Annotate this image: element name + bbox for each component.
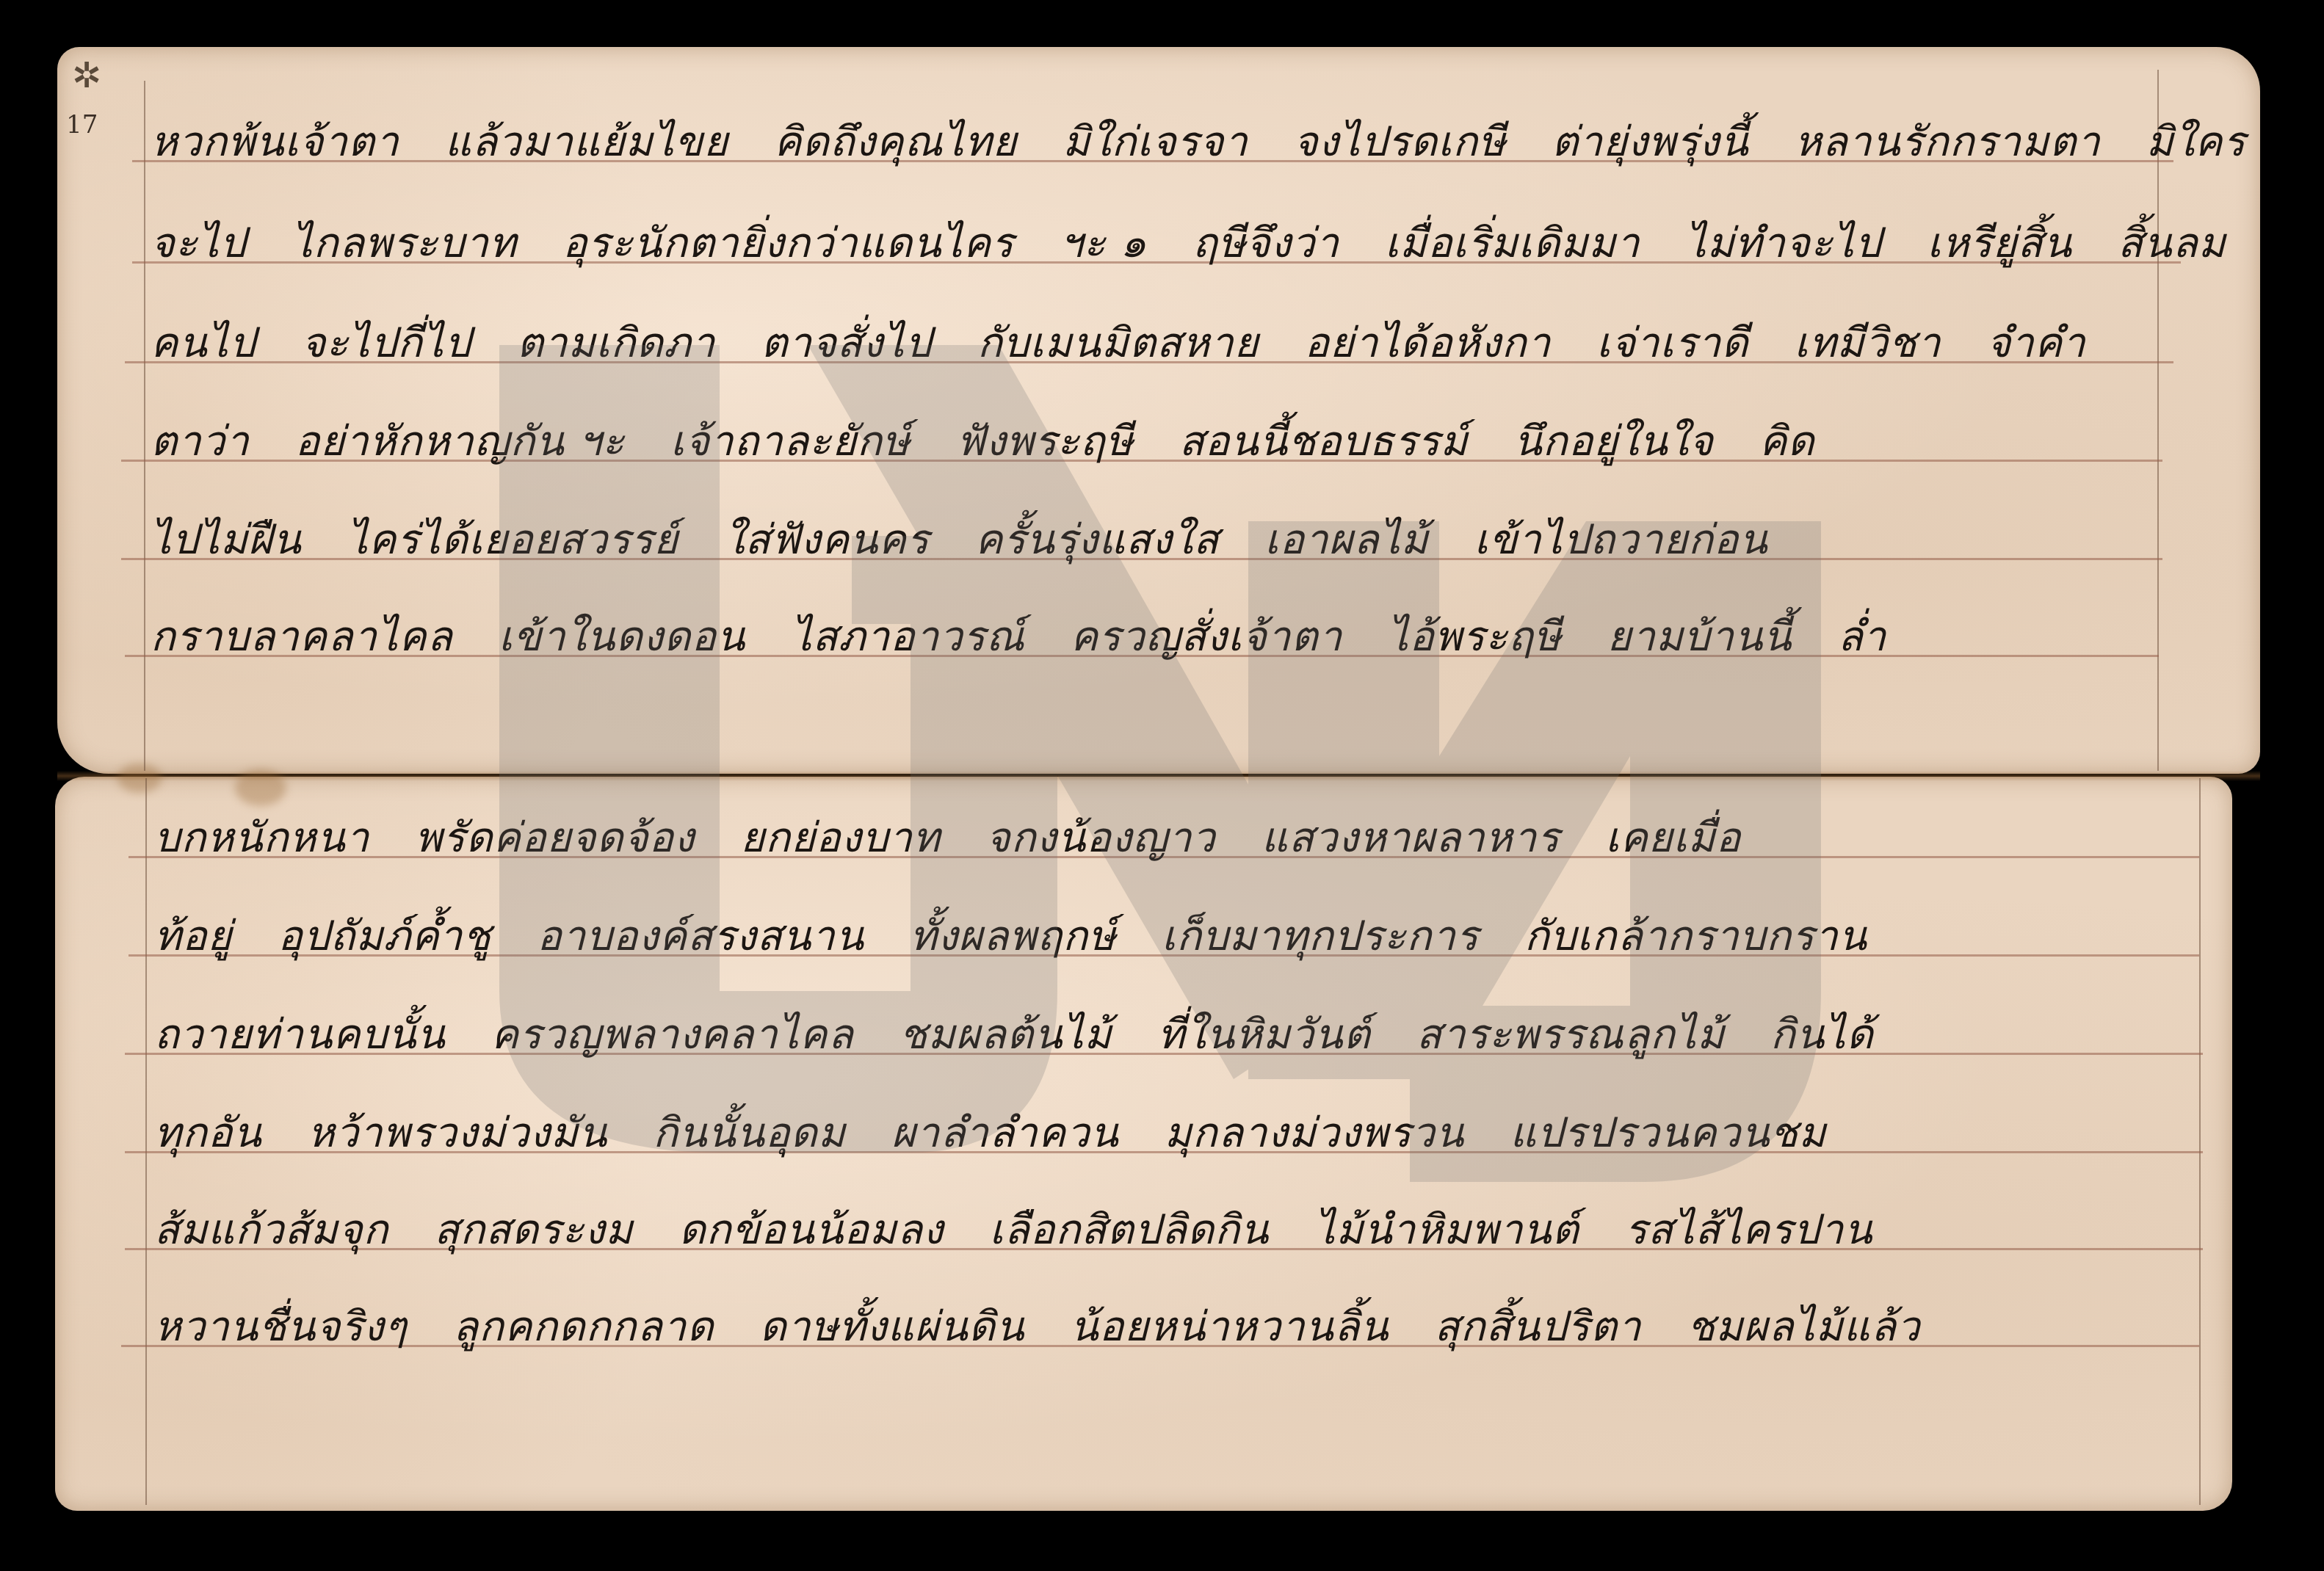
verse-phrase: ท้อยู่ xyxy=(154,916,232,957)
verse-phrase: ครวญสั่งเจ้าตา xyxy=(1071,617,1342,658)
verse-phrase: หว้าพรวงม่วงมัน xyxy=(308,1113,607,1154)
ornament-icon: ✲ xyxy=(72,55,101,96)
manuscript-line: ไปไม่ฝืนไคร่ได้เยอยสวรรย์ใส่ฟังคนครครั้น… xyxy=(151,520,1814,561)
page-number: 17 xyxy=(66,110,98,139)
verse-phrase: อุระนักตายิ่งกว่าแดนไคร xyxy=(562,223,1014,264)
verse-phrase: ฯะ ๑ xyxy=(1060,223,1147,264)
verse-phrase: ดาษทั้งแผ่นดิน xyxy=(760,1307,1025,1348)
verse-phrase: เหรียู่สิ้น xyxy=(1927,223,2072,264)
verse-phrase: มุกลางม่วงพรวน xyxy=(1165,1113,1464,1154)
verse-phrase: ไปไม่ฝืน xyxy=(151,520,302,561)
verse-phrase: อย่าได้อหังกา xyxy=(1304,323,1551,364)
manuscript-line: หวกพ้นเจ้าตาแล้วมาแย้มไขยคิดถึงคุณไทยมิใ… xyxy=(151,122,2292,163)
verse-phrase: จกงน้องญาว xyxy=(986,818,1216,859)
manuscript-line: ส้มแก้วส้มจุกสุกสดระงมดกข้อนน้อมลงเลือกส… xyxy=(154,1210,1919,1251)
verse-phrase: มิใคร xyxy=(2146,122,2246,163)
water-stain xyxy=(117,763,162,793)
verse-phrase: แล้วมาแย้มไขย xyxy=(445,122,728,163)
verse-phrase: เข้าไปถวายก่อน xyxy=(1474,520,1768,561)
verse-phrase: ทุกอัน xyxy=(154,1113,262,1154)
verse-phrase: จะไปกี่ไป xyxy=(301,323,471,364)
verse-phrase: เข้าในดงดอน xyxy=(499,617,745,658)
verse-phrase: คิดถึงคุณไทย xyxy=(774,122,1017,163)
verse-phrase: นึกอยู่ในใจ xyxy=(1513,421,1713,462)
verse-phrase: ไกลพระบาท xyxy=(292,223,517,264)
right-margin-rule-bottom xyxy=(2199,778,2201,1505)
manuscript-line: คนไปจะไปกี่ไปตามเกิดภาตาจสั่งไปกับเมนมิต… xyxy=(151,323,2132,364)
manuscript-line: ท้อยู่อุปถัมภ์ค้ำชูอาบองค์สรงสนานทั้งผลพ… xyxy=(154,916,1913,957)
verse-phrase: รสไส้ไครปาน xyxy=(1625,1210,1873,1251)
verse-phrase: ยกย่องบาท xyxy=(740,818,940,859)
verse-phrase: ลูกคกดกกลาด xyxy=(453,1307,714,1348)
verse-phrase: ครวญพลางคลาไคล xyxy=(491,1015,854,1056)
verse-phrase: บกหนักหนา xyxy=(154,818,369,859)
verse-phrase: ตามเกิดภา xyxy=(517,323,716,364)
verse-phrase: ตาว่า xyxy=(151,421,250,462)
manuscript-line: หวานชื่นจริงๆลูกคกดกกลาดดาษทั้งแผ่นดินน้… xyxy=(154,1307,1966,1348)
verse-phrase: ไอ้พระฤษี xyxy=(1388,617,1562,658)
verse-phrase: อย่าหักหาญกัน ฯะ xyxy=(295,421,625,462)
manuscript-line: ตาว่าอย่าหักหาญกัน ฯะเจ้าถาละยักษ์ฟังพระ… xyxy=(151,421,1861,462)
verse-phrase: ต่ายุ่งพรุ่งนี้ xyxy=(1552,122,1749,163)
water-stain xyxy=(235,769,286,806)
verse-phrase: คนไป xyxy=(151,323,256,364)
verse-phrase: ฤษีจึงว่า xyxy=(1192,223,1339,264)
verse-phrase: ครั้นรุ่งแสงใส xyxy=(975,520,1219,561)
right-margin-rule-top xyxy=(2157,70,2159,771)
verse-phrase: ตาจสั่งไป xyxy=(761,323,932,364)
verse-phrase: สุกสิ้นปริตา xyxy=(1434,1307,1641,1348)
verse-phrase: จะไป xyxy=(151,223,247,264)
verse-phrase: จงไปรดเกษี xyxy=(1294,122,1506,163)
manuscript-line: ถวายท่านคบนั้นครวญพลางคลาไคลชมผลต้นไม้ที… xyxy=(154,1015,1919,1056)
manuscript-line: จะไปไกลพระบาทอุระนักตายิ่งกว่าแดนไครฯะ ๑… xyxy=(151,223,2272,264)
verse-phrase: จำคำ xyxy=(1986,323,2085,364)
left-margin-rule-top xyxy=(144,81,145,771)
verse-phrase: คิด xyxy=(1759,421,1815,462)
verse-phrase: เจ่าเราดี xyxy=(1596,323,1748,364)
verse-phrase: น้อยหน่าหวานลิ้น xyxy=(1070,1307,1389,1348)
verse-phrase: ใส่ฟังคนคร xyxy=(724,520,930,561)
verse-phrase: อาบองค์สรงสนาน xyxy=(537,916,864,957)
left-margin-rule-bottom xyxy=(145,778,147,1505)
verse-phrase: มิใก่เจรจา xyxy=(1063,122,1248,163)
manuscript-line: บกหนักหนาพรัดค่อยจดจ้องยกย่องบาทจกงน้องญ… xyxy=(154,818,1787,859)
verse-phrase: สุกสดระงม xyxy=(434,1210,633,1251)
verse-phrase: ยามบ้านนี้ xyxy=(1607,617,1792,658)
verse-phrase: เทมีวิชา xyxy=(1795,323,1941,364)
verse-phrase: เก็บมาทุกประการ xyxy=(1162,916,1479,957)
manuscript-line: กราบลาคลาไคลเข้าในดงดอนไสภาอาวรณ์ครวญสั่… xyxy=(151,617,1932,658)
verse-phrase: แสวงหาผลาหาร xyxy=(1261,818,1560,859)
verse-phrase: กราบลาคลาไคล xyxy=(151,617,453,658)
verse-phrase: สาระพรรณลูกไม้ xyxy=(1416,1015,1725,1056)
verse-phrase: ล่ำ xyxy=(1838,617,1887,658)
verse-phrase: ไม้นำหิมพานต์ xyxy=(1314,1210,1579,1251)
verse-phrase: ชมผลไม้แล้ว xyxy=(1687,1307,1920,1348)
verse-phrase: กินได้ xyxy=(1770,1015,1874,1056)
verse-phrase: ส้มแก้วส้มจุก xyxy=(154,1210,388,1251)
verse-phrase: เจ้าถาละยักษ์ xyxy=(670,421,911,462)
verse-phrase: อุปถัมภ์ค้ำชู xyxy=(278,916,491,957)
verse-phrase: ฟังพระฤษี xyxy=(956,421,1134,462)
verse-phrase: หวกพ้นเจ้าตา xyxy=(151,122,399,163)
verse-phrase: เคยเมื่อ xyxy=(1605,818,1741,859)
verse-phrase: พรัดค่อยจดจ้อง xyxy=(415,818,695,859)
verse-phrase: เอาผลไม้ xyxy=(1264,520,1428,561)
verse-phrase: ที่ในหิมวันต์ xyxy=(1158,1015,1371,1056)
verse-phrase: สอนนี้ชอบธรรม์ xyxy=(1179,421,1469,462)
verse-phrase: หลานรักกรามตา xyxy=(1795,122,2101,163)
verse-phrase: แปรปรวนควนชม xyxy=(1510,1113,1826,1154)
verse-phrase: เมื่อเริ่มเดิมมา xyxy=(1385,223,1640,264)
verse-phrase: ผาลำลำควน xyxy=(891,1113,1119,1154)
verse-phrase: กับเมนมิตสหาย xyxy=(977,323,1259,364)
verse-phrase: ไคร่ได้เยอยสวรรย์ xyxy=(347,520,678,561)
verse-phrase: หวานชื่นจริงๆ xyxy=(154,1307,408,1348)
verse-phrase: เลือกสิตปลิดกิน xyxy=(989,1210,1269,1251)
verse-phrase: ทั้งผลพฤกษ์ xyxy=(910,916,1116,957)
verse-phrase: ดกข้อนน้อมลง xyxy=(678,1210,944,1251)
manuscript-line: ทุกอันหว้าพรวงม่วงมันกินนั้นอุดมผาลำลำคว… xyxy=(154,1113,1872,1154)
verse-phrase: สิ้นลม xyxy=(2118,223,2226,264)
verse-phrase: ถวายท่านคบนั้น xyxy=(154,1015,446,1056)
verse-phrase: ชมผลต้นไม้ xyxy=(899,1015,1112,1056)
verse-phrase: กินนั้นอุดม xyxy=(653,1113,846,1154)
fold-crease xyxy=(57,771,2260,781)
verse-phrase: ไม่ทำจะไป xyxy=(1686,223,1882,264)
verse-phrase: กับเกล้ากราบกราน xyxy=(1524,916,1867,957)
verse-phrase: ไสภาอาวรณ์ xyxy=(791,617,1024,658)
